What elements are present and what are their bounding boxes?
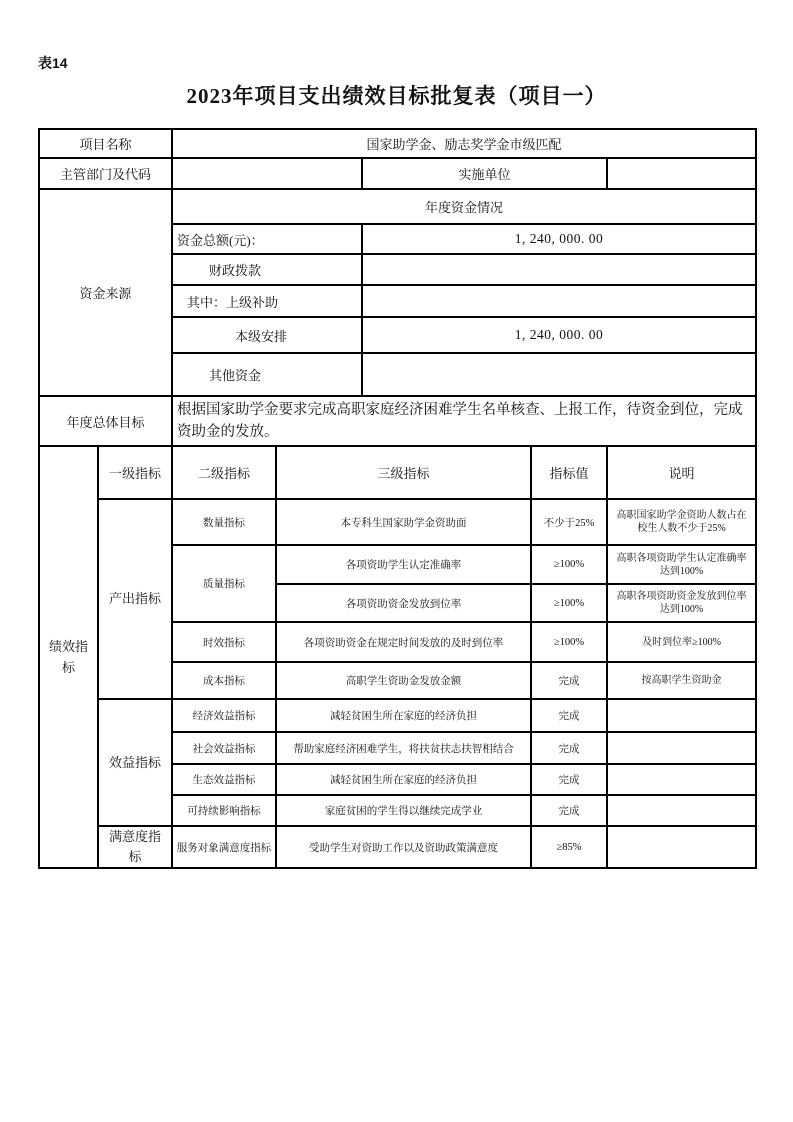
annual-goal-label: 年度总体目标: [39, 396, 172, 446]
header-level2: 二级指标: [172, 446, 276, 499]
level2-indicator: 服务对象满意度指标: [172, 826, 276, 868]
level3-indicator: 高职学生资助金发放金额: [276, 662, 531, 699]
level3-indicator: 减轻贫困生所在家庭的经济负担: [276, 764, 531, 795]
indicator-value: 不少于25%: [531, 499, 607, 545]
performance-side-label: 绩效指标: [39, 446, 98, 868]
indicator-note: [607, 732, 756, 764]
indicator-value: 完成: [531, 764, 607, 795]
funding-other-value: [362, 353, 756, 396]
indicator-note: [607, 826, 756, 868]
document-page: 表14 2023年项目支出绩效目标批复表（项目一） 项目名称 国家助学金、励志奖…: [0, 0, 793, 1122]
funding-total-label: 资金总额(元)：: [172, 224, 362, 254]
level3-indicator: 各项资助学生认定准确率: [276, 545, 531, 584]
level2-indicator: 数量指标: [172, 499, 276, 545]
level1-satisfaction-indicator: 满意度指标: [98, 826, 172, 868]
header-level1: 一级指标: [98, 446, 172, 499]
indicator-note: 按高职学生资助金: [607, 662, 756, 699]
level3-indicator: 家庭贫困的学生得以继续完成学业: [276, 795, 531, 826]
level2-indicator: 生态效益指标: [172, 764, 276, 795]
indicator-note: 高职国家助学金资助人数占在校生人数不少于25%: [607, 499, 756, 545]
department-value: [172, 158, 362, 189]
level2-indicator: 经济效益指标: [172, 699, 276, 732]
annual-goal-text: 根据国家助学金要求完成高职家庭经济困难学生名单核查、上报工作，待资金到位，完成资…: [172, 396, 756, 446]
funding-other-label: 其他资金: [172, 353, 362, 396]
indicator-note: [607, 764, 756, 795]
performance-target-table: 项目名称 国家助学金、励志奖学金市级匹配 主管部门及代码 实施单位 资金来源 年…: [38, 128, 757, 869]
header-note: 说明: [607, 446, 756, 499]
document-title: 2023年项目支出绩效目标批复表（项目一）: [0, 80, 793, 110]
indicator-note: 高职各项资助资金发放到位率达到100%: [607, 584, 756, 622]
indicator-note: [607, 699, 756, 732]
indicator-value: 完成: [531, 795, 607, 826]
indicator-note: [607, 795, 756, 826]
funding-fiscal-label: 财政拨款: [172, 254, 362, 285]
funding-local-arrangement-value: 1, 240, 000. 00: [362, 317, 756, 353]
indicator-value: 完成: [531, 699, 607, 732]
level2-indicator: 质量指标: [172, 545, 276, 622]
level2-indicator: 可持续影响指标: [172, 795, 276, 826]
level2-indicator: 社会效益指标: [172, 732, 276, 764]
department-label: 主管部门及代码: [39, 158, 172, 189]
indicator-value: ≥100%: [531, 584, 607, 622]
implement-unit-value: [607, 158, 756, 189]
level3-indicator: 各项资助资金在规定时间发放的及时到位率: [276, 622, 531, 662]
indicator-value: ≥85%: [531, 826, 607, 868]
funding-fiscal-value: [362, 254, 756, 285]
indicator-value: 完成: [531, 732, 607, 764]
level3-indicator: 本专科生国家助学金资助面: [276, 499, 531, 545]
level3-indicator: 帮助家庭经济困难学生，将扶贫扶志扶智相结合: [276, 732, 531, 764]
funding-total-value: 1, 240, 000. 00: [362, 224, 756, 254]
funding-superior-subsidy-value: [362, 285, 756, 317]
level3-indicator: 各项资助资金发放到位率: [276, 584, 531, 622]
level1-output-indicator: 产出指标: [98, 499, 172, 699]
indicator-note: 高职各项资助学生认定准确率达到100%: [607, 545, 756, 584]
project-name-value: 国家助学金、励志奖学金市级匹配: [172, 129, 756, 158]
implement-unit-label: 实施单位: [362, 158, 607, 189]
header-level3: 三级指标: [276, 446, 531, 499]
indicator-note: 及时到位率≥100%: [607, 622, 756, 662]
funding-source-label: 资金来源: [39, 189, 172, 396]
indicator-value: ≥100%: [531, 545, 607, 584]
indicator-value: 完成: [531, 662, 607, 699]
level2-indicator: 时效指标: [172, 622, 276, 662]
level2-indicator: 成本指标: [172, 662, 276, 699]
funding-local-arrangement-label: 本级安排: [172, 317, 362, 353]
level3-indicator: 减轻贫困生所在家庭的经济负担: [276, 699, 531, 732]
level1-benefit-indicator: 效益指标: [98, 699, 172, 826]
level3-indicator: 受助学生对资助工作以及资助政策满意度: [276, 826, 531, 868]
header-value: 指标值: [531, 446, 607, 499]
project-name-label: 项目名称: [39, 129, 172, 158]
indicator-value: ≥100%: [531, 622, 607, 662]
funding-superior-subsidy-label: 其中：上级补助: [172, 285, 362, 317]
table-number-label: 表14: [38, 53, 68, 73]
annual-funding-header: 年度资金情况: [172, 189, 756, 224]
